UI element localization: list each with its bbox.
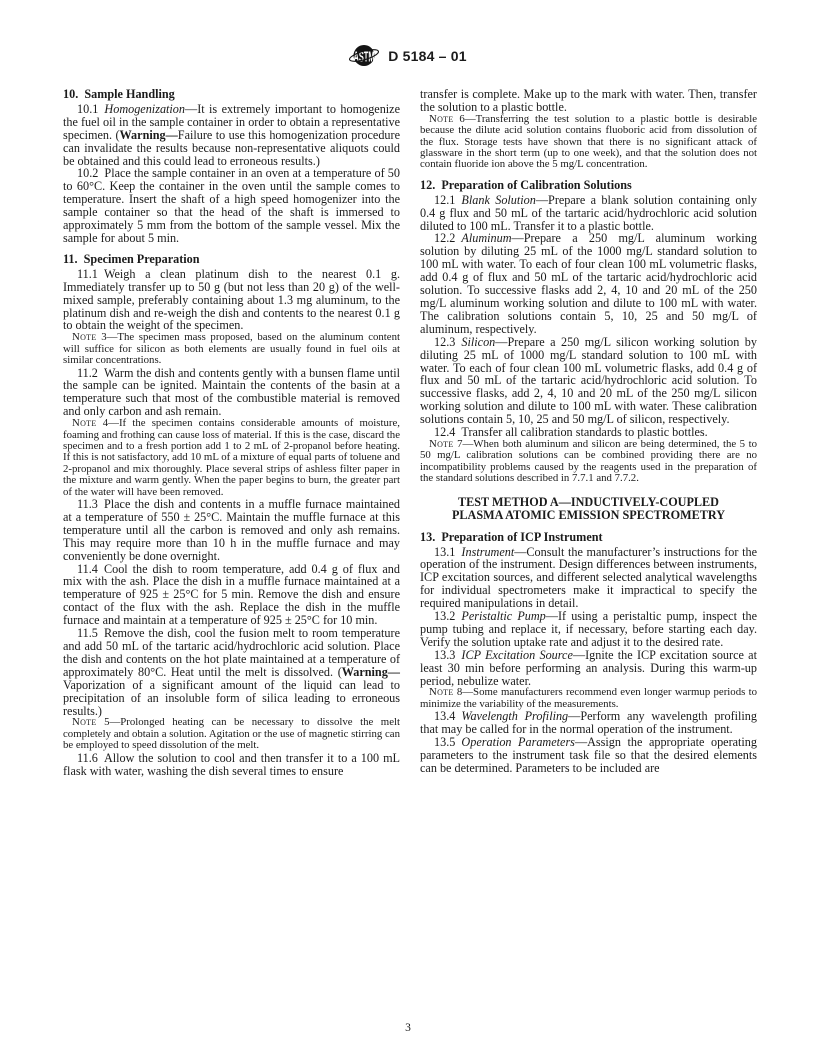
- footer: 3: [0, 1022, 816, 1034]
- note: Note 7—When both aluminum and silicon ar…: [420, 439, 757, 485]
- note: Note 3—The specimen mass proposed, based…: [63, 332, 400, 366]
- paragraph: 13.2 Peristaltic Pump—If using a perista…: [420, 610, 757, 649]
- document-header: ASTM D 5184 – 01: [0, 42, 816, 69]
- paragraph: 13.4 Wavelength Profiling—Perform any wa…: [420, 710, 757, 736]
- paragraph: 11.1 Weigh a clean platinum dish to the …: [63, 268, 400, 333]
- paragraph: 11.3 Place the dish and contents in a mu…: [63, 498, 400, 563]
- paragraph: 10.2 Place the sample container in an ov…: [63, 167, 400, 244]
- paragraph: 13.5 Operation Parameters—Assign the app…: [420, 736, 757, 775]
- paragraph: 11.4 Cool the dish to room temperature, …: [63, 563, 400, 628]
- paragraph: 12.3 Silicon—Prepare a 250 mg/L silicon …: [420, 336, 757, 426]
- paragraph: 12.1 Blank Solution—Prepare a blank solu…: [420, 194, 757, 233]
- section-heading: 11. Specimen Preparation: [63, 253, 400, 266]
- paragraph: transfer is complete. Make up to the mar…: [420, 88, 757, 114]
- note: Note 8—Some manufacturers recommend even…: [420, 687, 757, 710]
- document-code: D 5184 – 01: [388, 48, 466, 64]
- left-column: 10. Sample Handling 10.1 Homogenization—…: [63, 88, 400, 777]
- note: Note 5—Prolonged heating can be necessar…: [63, 717, 400, 751]
- astm-logo-text: ASTM: [354, 48, 375, 66]
- test-method-heading-line: PLASMA ATOMIC EMISSION SPECTROMETRY: [420, 509, 757, 523]
- section-heading: 10. Sample Handling: [63, 88, 400, 101]
- page-number: 3: [405, 1022, 411, 1034]
- content-columns: 10. Sample Handling 10.1 Homogenization—…: [63, 88, 757, 777]
- test-method-heading: TEST METHOD A—INDUCTIVELY-COUPLED PLASMA…: [420, 496, 757, 523]
- astm-logo-icon: ASTM: [349, 42, 381, 69]
- page: ASTM D 5184 – 01 10. Sample Handling 10.…: [0, 0, 816, 1056]
- paragraph: 11.5 Remove the dish, cool the fusion me…: [63, 627, 400, 717]
- paragraph: 10.1 Homogenization—It is extremely impo…: [63, 103, 400, 168]
- paragraph: 11.2 Warm the dish and contents gently w…: [63, 367, 400, 419]
- paragraph: 12.2 Aluminum—Prepare a 250 mg/L aluminu…: [420, 232, 757, 335]
- test-method-heading-line: TEST METHOD A—INDUCTIVELY-COUPLED: [420, 496, 757, 510]
- section-heading: 12. Preparation of Calibration Solutions: [420, 179, 757, 192]
- section-heading: 13. Preparation of ICP Instrument: [420, 531, 757, 544]
- paragraph: 13.3 ICP Excitation Source—Ignite the IC…: [420, 649, 757, 688]
- note: Note 6—Transferring the test solution to…: [420, 114, 757, 171]
- note: Note 4—If the specimen contains consider…: [63, 418, 400, 498]
- paragraph: 13.1 Instrument—Consult the manufacturer…: [420, 546, 757, 611]
- paragraph: 11.6 Allow the solution to cool and then…: [63, 752, 400, 778]
- right-column: transfer is complete. Make up to the mar…: [420, 88, 757, 777]
